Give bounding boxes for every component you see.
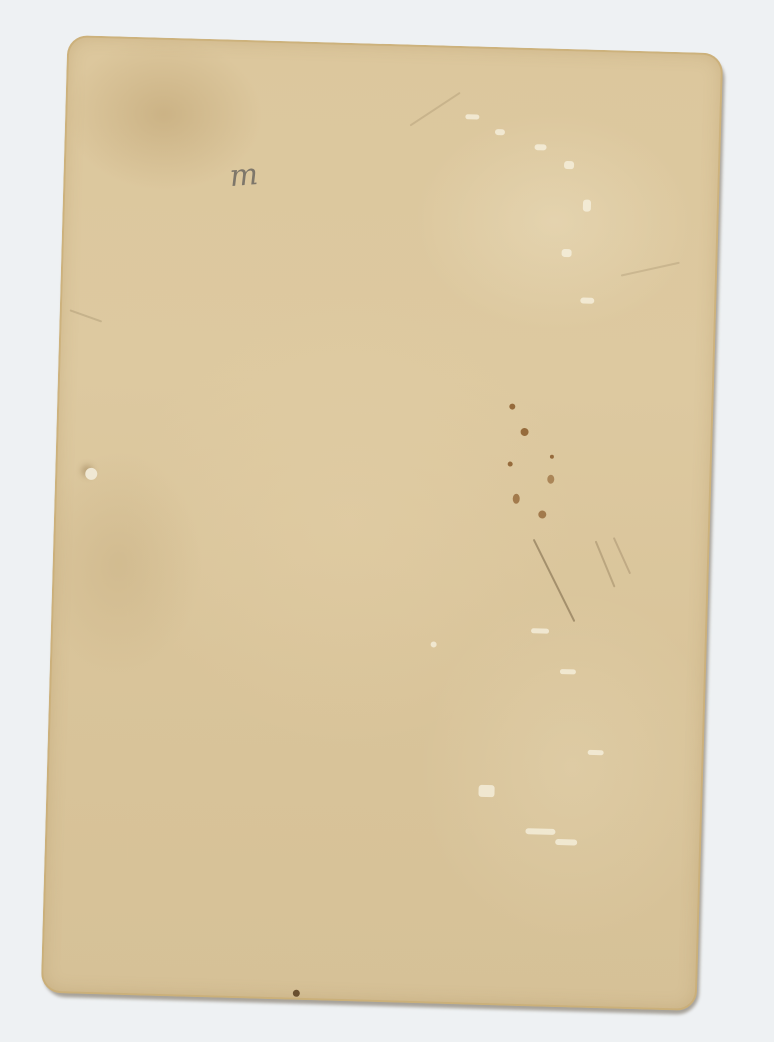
scan-scene: m bbox=[0, 0, 774, 1042]
abrasion bbox=[583, 199, 591, 211]
foxing-stain bbox=[547, 475, 554, 484]
foxing-stain bbox=[513, 494, 520, 504]
abrasion bbox=[431, 641, 437, 647]
foxing-stain bbox=[550, 455, 554, 459]
scratch bbox=[533, 539, 576, 622]
foxing-stain bbox=[520, 428, 528, 436]
abrasion bbox=[560, 669, 576, 674]
scratch bbox=[69, 309, 102, 322]
abrasion bbox=[555, 839, 577, 846]
pencil-mark: m bbox=[228, 157, 260, 194]
paper-fleck bbox=[85, 468, 97, 480]
abrasion bbox=[534, 144, 546, 150]
scratch bbox=[595, 541, 616, 588]
abrasion bbox=[564, 161, 574, 169]
scratch bbox=[410, 92, 461, 127]
cabinet-card-back: m bbox=[41, 35, 723, 1011]
abrasion bbox=[531, 628, 549, 634]
foxing-stain bbox=[509, 404, 515, 410]
abrasion bbox=[525, 828, 555, 835]
edge-stain bbox=[293, 990, 300, 997]
abrasion bbox=[495, 129, 505, 135]
abrasion bbox=[465, 114, 479, 119]
abrasion bbox=[580, 297, 594, 303]
scratch bbox=[613, 537, 631, 574]
foxing-stain bbox=[538, 510, 546, 518]
abrasion bbox=[561, 249, 571, 257]
abrasion bbox=[588, 750, 604, 755]
abrasion bbox=[478, 785, 494, 797]
foxing-stain bbox=[508, 461, 513, 466]
scratch bbox=[621, 262, 680, 277]
